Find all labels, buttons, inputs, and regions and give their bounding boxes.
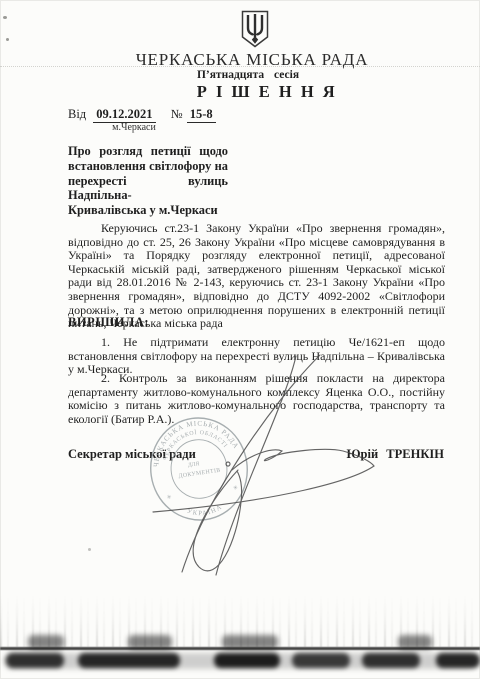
date-label: Від	[68, 107, 90, 121]
scan-speck	[3, 16, 7, 19]
scan-blob	[292, 653, 350, 668]
scan-speck	[88, 548, 91, 551]
scan-blob	[6, 653, 64, 668]
subject-line: встановлення світлофору на	[68, 159, 228, 174]
session-title: П’ятнадцята сесія	[8, 69, 480, 81]
scan-blob	[436, 653, 480, 668]
document-number: 15-8	[187, 107, 216, 123]
handwritten-signature	[120, 350, 390, 580]
scanned-decision-document: ЧЕРКАСЬКА МІСЬКА РАДА П’ятнадцята сесія …	[0, 0, 480, 679]
scan-blob	[78, 653, 180, 668]
scan-blob	[214, 653, 280, 668]
document-subject: Про розгляд петиції щодо встановлення св…	[68, 144, 228, 218]
scan-horizontal-line	[0, 647, 480, 650]
scan-artifact-band	[0, 595, 480, 679]
council-name: ЧЕРКАСЬКА МІСЬКА РАДА	[12, 50, 480, 70]
document-date: 09.12.2021	[93, 107, 155, 123]
subject-line: Кривалівська у м.Черкаси	[68, 203, 228, 218]
document-type-title: Р І Ш Е Н Н Я	[27, 82, 480, 102]
subject-line: Про розгляд петиції щодо	[68, 144, 228, 159]
number-label: №	[159, 107, 184, 121]
document-meta-row: Від 09.12.2021 № 15-8	[68, 107, 216, 122]
ukraine-trident-icon	[240, 10, 270, 48]
scan-speck	[6, 38, 9, 41]
subject-line: перехресті вулиць Надпільна-	[68, 174, 228, 204]
scan-blob	[362, 653, 420, 668]
place-name: м.Черкаси	[94, 122, 174, 133]
resolved-label: ВИРІШИЛА:	[68, 315, 149, 330]
